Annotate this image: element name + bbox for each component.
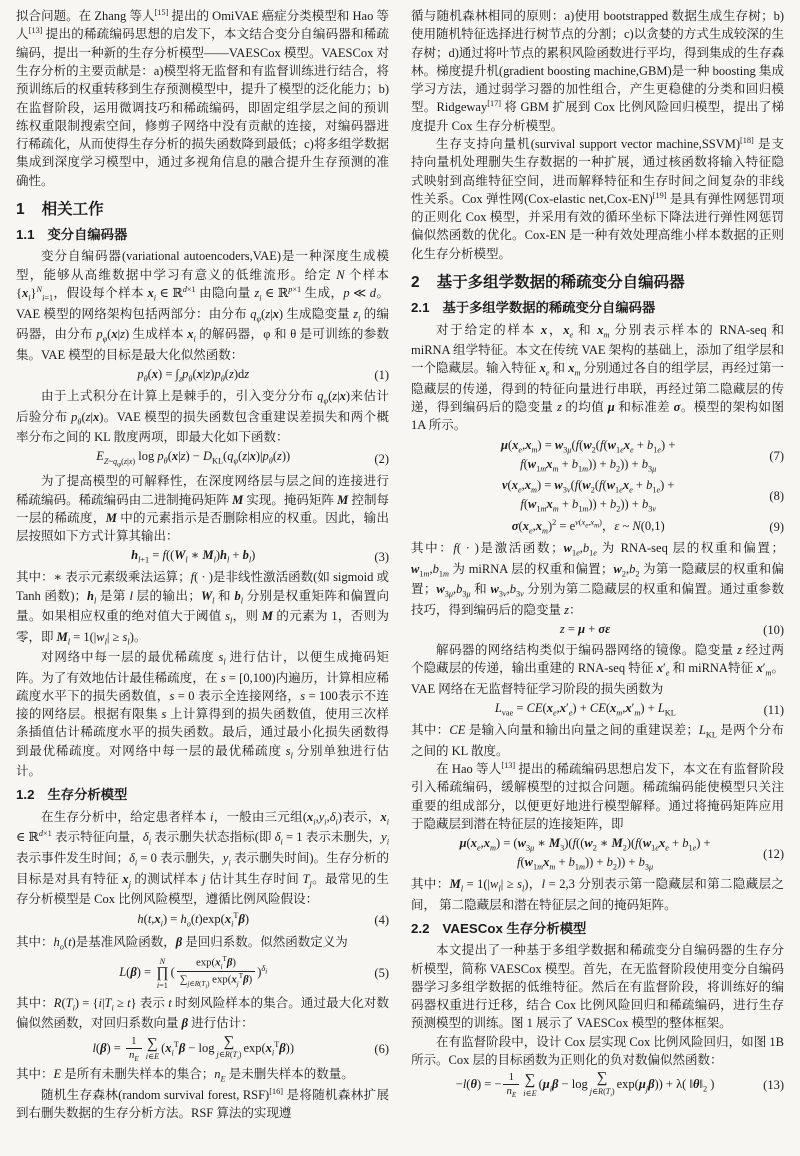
equation-8-formula: v(xe,xm) = w3v(f(w2(f(w1exe + b1e) +f(w1… [411, 477, 765, 515]
equation-3-number: (3) [370, 548, 389, 566]
equation-7: μ(xe,xm) = w3μ(f(w2(f(w1exe + b1e) +f(w1… [411, 437, 784, 475]
equation-9: σ(xe,xm)2 = ev(xe,xm)，ε ~ N(0,1) (9) [411, 517, 784, 537]
paragraph-eq11-notation: 其中：CE 是输入向量和输出向量之间的重建误差；LKL 是两个分布之间的 KL … [411, 721, 784, 760]
paragraph-decoder: 解码器的网络结构类似于编码器网络的镜像。隐变量 z 经过两个隐藏层的传递，输出重… [411, 641, 784, 698]
section-title: 基于多组学数据的稀疏变分自编码器 [437, 274, 685, 291]
equation-5-formula: L(β) = N∏i=1(exp(xiTβ)∑j∈R(Ti) exp(xjTβ)… [16, 955, 370, 992]
subsection-number: 1.1 [16, 227, 35, 242]
section-number: 1 [16, 201, 25, 218]
subsection-1-2-heading: 1.2生存分析模型 [16, 786, 389, 803]
paragraph-eq789-notation: 其中：f( · )是激活函数；w1e,b1e 为 RNA-seq 层的权重和偏置… [411, 539, 784, 619]
subsection-1-1-heading: 1.1变分自编码器 [16, 226, 389, 243]
paragraph-survival-analysis: 在生存分析中，给定患者样本 i，一般由三元组(xi,yi,δi)表示，xi ∈ … [16, 808, 389, 909]
paragraph-ssvm-coxen: 生存支持向量机(survival support vector machine,… [411, 135, 784, 263]
paragraph-eq4-notation: 其中：ho(t)是基准风险函数，β 是回归系数。似然函数定义为 [16, 933, 389, 954]
paper-page: 拟合问题。在 Zhang 等人[15] 提出的 OmiVAE 癌症分类模型和 H… [0, 0, 800, 1156]
equation-12: μ(xe,xm) = (w3μ ∗ M3)(f((w2 ∗ M2)(f(w1ex… [411, 835, 784, 873]
equation-8: v(xe,xm) = w3v(f(w2(f(w1exe + b1e) +f(w1… [411, 477, 784, 515]
paragraph-vae-definition: 变分自编码器(variational autoencoders,VAE)是一种深… [16, 247, 389, 364]
equation-6-number: (6) [370, 1040, 389, 1058]
paragraph-cox-layer: 在有监督阶段中，设计 Cox 层实现 Cox 比例风险回归，如图 1B 所示。C… [411, 1033, 784, 1070]
equation-1-number: (1) [370, 366, 389, 384]
equation-11-formula: Lvae = CE(xe,x′e) + CE(xm,x′m) + LKL [411, 700, 760, 719]
paragraph-sparse-supervised: 在 Hao 等人[13] 提出的稀疏编码思想启发下，本文在有监督阶段引入稀疏编码… [411, 760, 784, 833]
equation-2-formula: EZ~qφ(z|x) log pθ(x|z) − DKL(qφ(z|x)|pθ(… [16, 448, 370, 470]
paragraph-multiomics-encoder: 对于给定的样本 x，xe 和 xm 分别表示样本的 RNA-seq 和 miRN… [411, 321, 784, 435]
paragraph-rsf: 随机生存森林(random survival forest, RSF)[16] … [16, 1086, 389, 1123]
equation-1-formula: pθ(x) = ∫zpθ(x|z)pθ(z)dz [16, 366, 370, 385]
section-2-heading: 2基于多组学数据的稀疏变分自编码器 [411, 273, 784, 292]
paragraph-eq6-notation: 其中：E 是所有未删失样本的集合；nE 是未删失样本的数量。 [16, 1065, 389, 1086]
subsection-number: 2.2 [411, 921, 430, 936]
equation-2: EZ~qφ(z|x) log pθ(x|z) − DKL(qφ(z|x)|pθ(… [16, 448, 389, 470]
equation-1: pθ(x) = ∫zpθ(x|z)pθ(z)dz (1) [16, 366, 389, 385]
equation-13: −l(θ) = −1nE∑i∈E(μiβ − log∑j∈R(Ti)exp(μj… [411, 1071, 784, 1100]
equation-13-formula: −l(θ) = −1nE∑i∈E(μiβ − log∑j∈R(Ti)exp(μj… [411, 1071, 759, 1100]
section-title: 相关工作 [42, 201, 104, 218]
equation-7-formula: μ(xe,xm) = w3μ(f(w2(f(w1exe + b1e) +f(w1… [411, 437, 765, 475]
equation-3-formula: hl+1 = f((Wl ∗ Ml)hl + bl) [16, 547, 370, 566]
equation-11-number: (11) [760, 701, 784, 719]
subsection-number: 2.1 [411, 300, 430, 315]
paragraph-variational-distribution: 由于上式积分在计算上是棘手的，引入变分分布 qφ(z|x)来估计后验分布 pθ(… [16, 387, 389, 446]
paragraph-vaescox-overview: 本文提出了一种基于多组学数据和稀疏变分自编码器的生存分析模型，简称 VAESCo… [411, 941, 784, 1032]
section-1-heading: 1相关工作 [16, 200, 389, 219]
equation-12-formula: μ(xe,xm) = (w3μ ∗ M3)(f((w2 ∗ M2)(f(w1ex… [411, 835, 759, 873]
equation-11: Lvae = CE(xe,x′e) + CE(xm,x′m) + LKL (11… [411, 700, 784, 719]
equation-9-number: (9) [765, 518, 784, 536]
paragraph-sparse-coding-mask: 为了提高模型的可解释性，在深度网络层与层之间的连接进行稀疏编码。稀疏编码由二进制… [16, 472, 389, 545]
equation-3: hl+1 = f((Wl ∗ Ml)hl + bl) (3) [16, 547, 389, 566]
equation-7-number: (7) [765, 447, 784, 465]
paragraph-eq3-notation: 其中：∗ 表示元素级乘法运算；f( · )是非线性激活函数(如 sigmoid … [16, 568, 389, 648]
right-column: 循与随机森林相同的原则：a)使用 bootstrapped 数据生成生存树；b)… [411, 7, 784, 1152]
paragraph-rsf-continuation: 循与随机森林相同的原则：a)使用 bootstrapped 数据生成生存树；b)… [411, 7, 784, 135]
equation-9-formula: σ(xe,xm)2 = ev(xe,xm)，ε ~ N(0,1) [411, 517, 765, 537]
subsection-title: 生存分析模型 [48, 787, 128, 802]
section-number: 2 [411, 274, 420, 291]
paragraph-eq12-notation: 其中：Ml = 1(|wl| ≥ sl)，l = 2,3 分别表示第一隐藏层和第… [411, 875, 784, 914]
left-column: 拟合问题。在 Zhang 等人[15] 提出的 OmiVAE 癌症分类模型和 H… [16, 7, 389, 1152]
equation-6-formula: l(β) = 1nE∑i∈E(xiTβ − log∑j∈R(Ti)exp(xiT… [16, 1035, 370, 1064]
subsection-number: 1.2 [16, 787, 35, 802]
paragraph-intro-continuation: 拟合问题。在 Zhang 等人[15] 提出的 OmiVAE 癌症分类模型和 H… [16, 7, 389, 190]
equation-5: L(β) = N∏i=1(exp(xiTβ)∑j∈R(Ti) exp(xjTβ)… [16, 955, 389, 992]
paragraph-sparsity-estimation: 对网络中每一层的最优稀疏度 sl 进行估计，以便生成掩码矩阵。为了有效地估计最佳… [16, 648, 389, 780]
equation-4: h(t,xi) = ho(t)exp(xiTβ) (4) [16, 910, 389, 930]
equation-13-number: (13) [759, 1076, 784, 1094]
paragraph-eq5-notation: 其中：R(Ti) = {i|Ti ≥ t} 表示 t 时刻风险样本的集合。通过最… [16, 994, 389, 1033]
subsection-title: VAESCox 生存分析模型 [443, 921, 587, 936]
equation-10-formula: z = μ + σε [411, 621, 759, 639]
equation-4-number: (4) [370, 911, 389, 929]
equation-10-number: (10) [759, 621, 784, 639]
equation-10: z = μ + σε (10) [411, 621, 784, 639]
equation-5-number: (5) [370, 964, 389, 982]
equation-4-formula: h(t,xi) = ho(t)exp(xiTβ) [16, 910, 370, 930]
subsection-2-1-heading: 2.1基于多组学数据的稀疏变分自编码器 [411, 299, 784, 316]
equation-6: l(β) = 1nE∑i∈E(xiTβ − log∑j∈R(Ti)exp(xiT… [16, 1035, 389, 1064]
equation-12-number: (12) [759, 845, 784, 863]
equation-2-number: (2) [370, 450, 389, 468]
subsection-title: 基于多组学数据的稀疏变分自编码器 [443, 300, 656, 315]
subsection-2-2-heading: 2.2VAESCox 生存分析模型 [411, 920, 784, 937]
subsection-title: 变分自编码器 [48, 227, 128, 242]
equation-8-number: (8) [765, 487, 784, 505]
